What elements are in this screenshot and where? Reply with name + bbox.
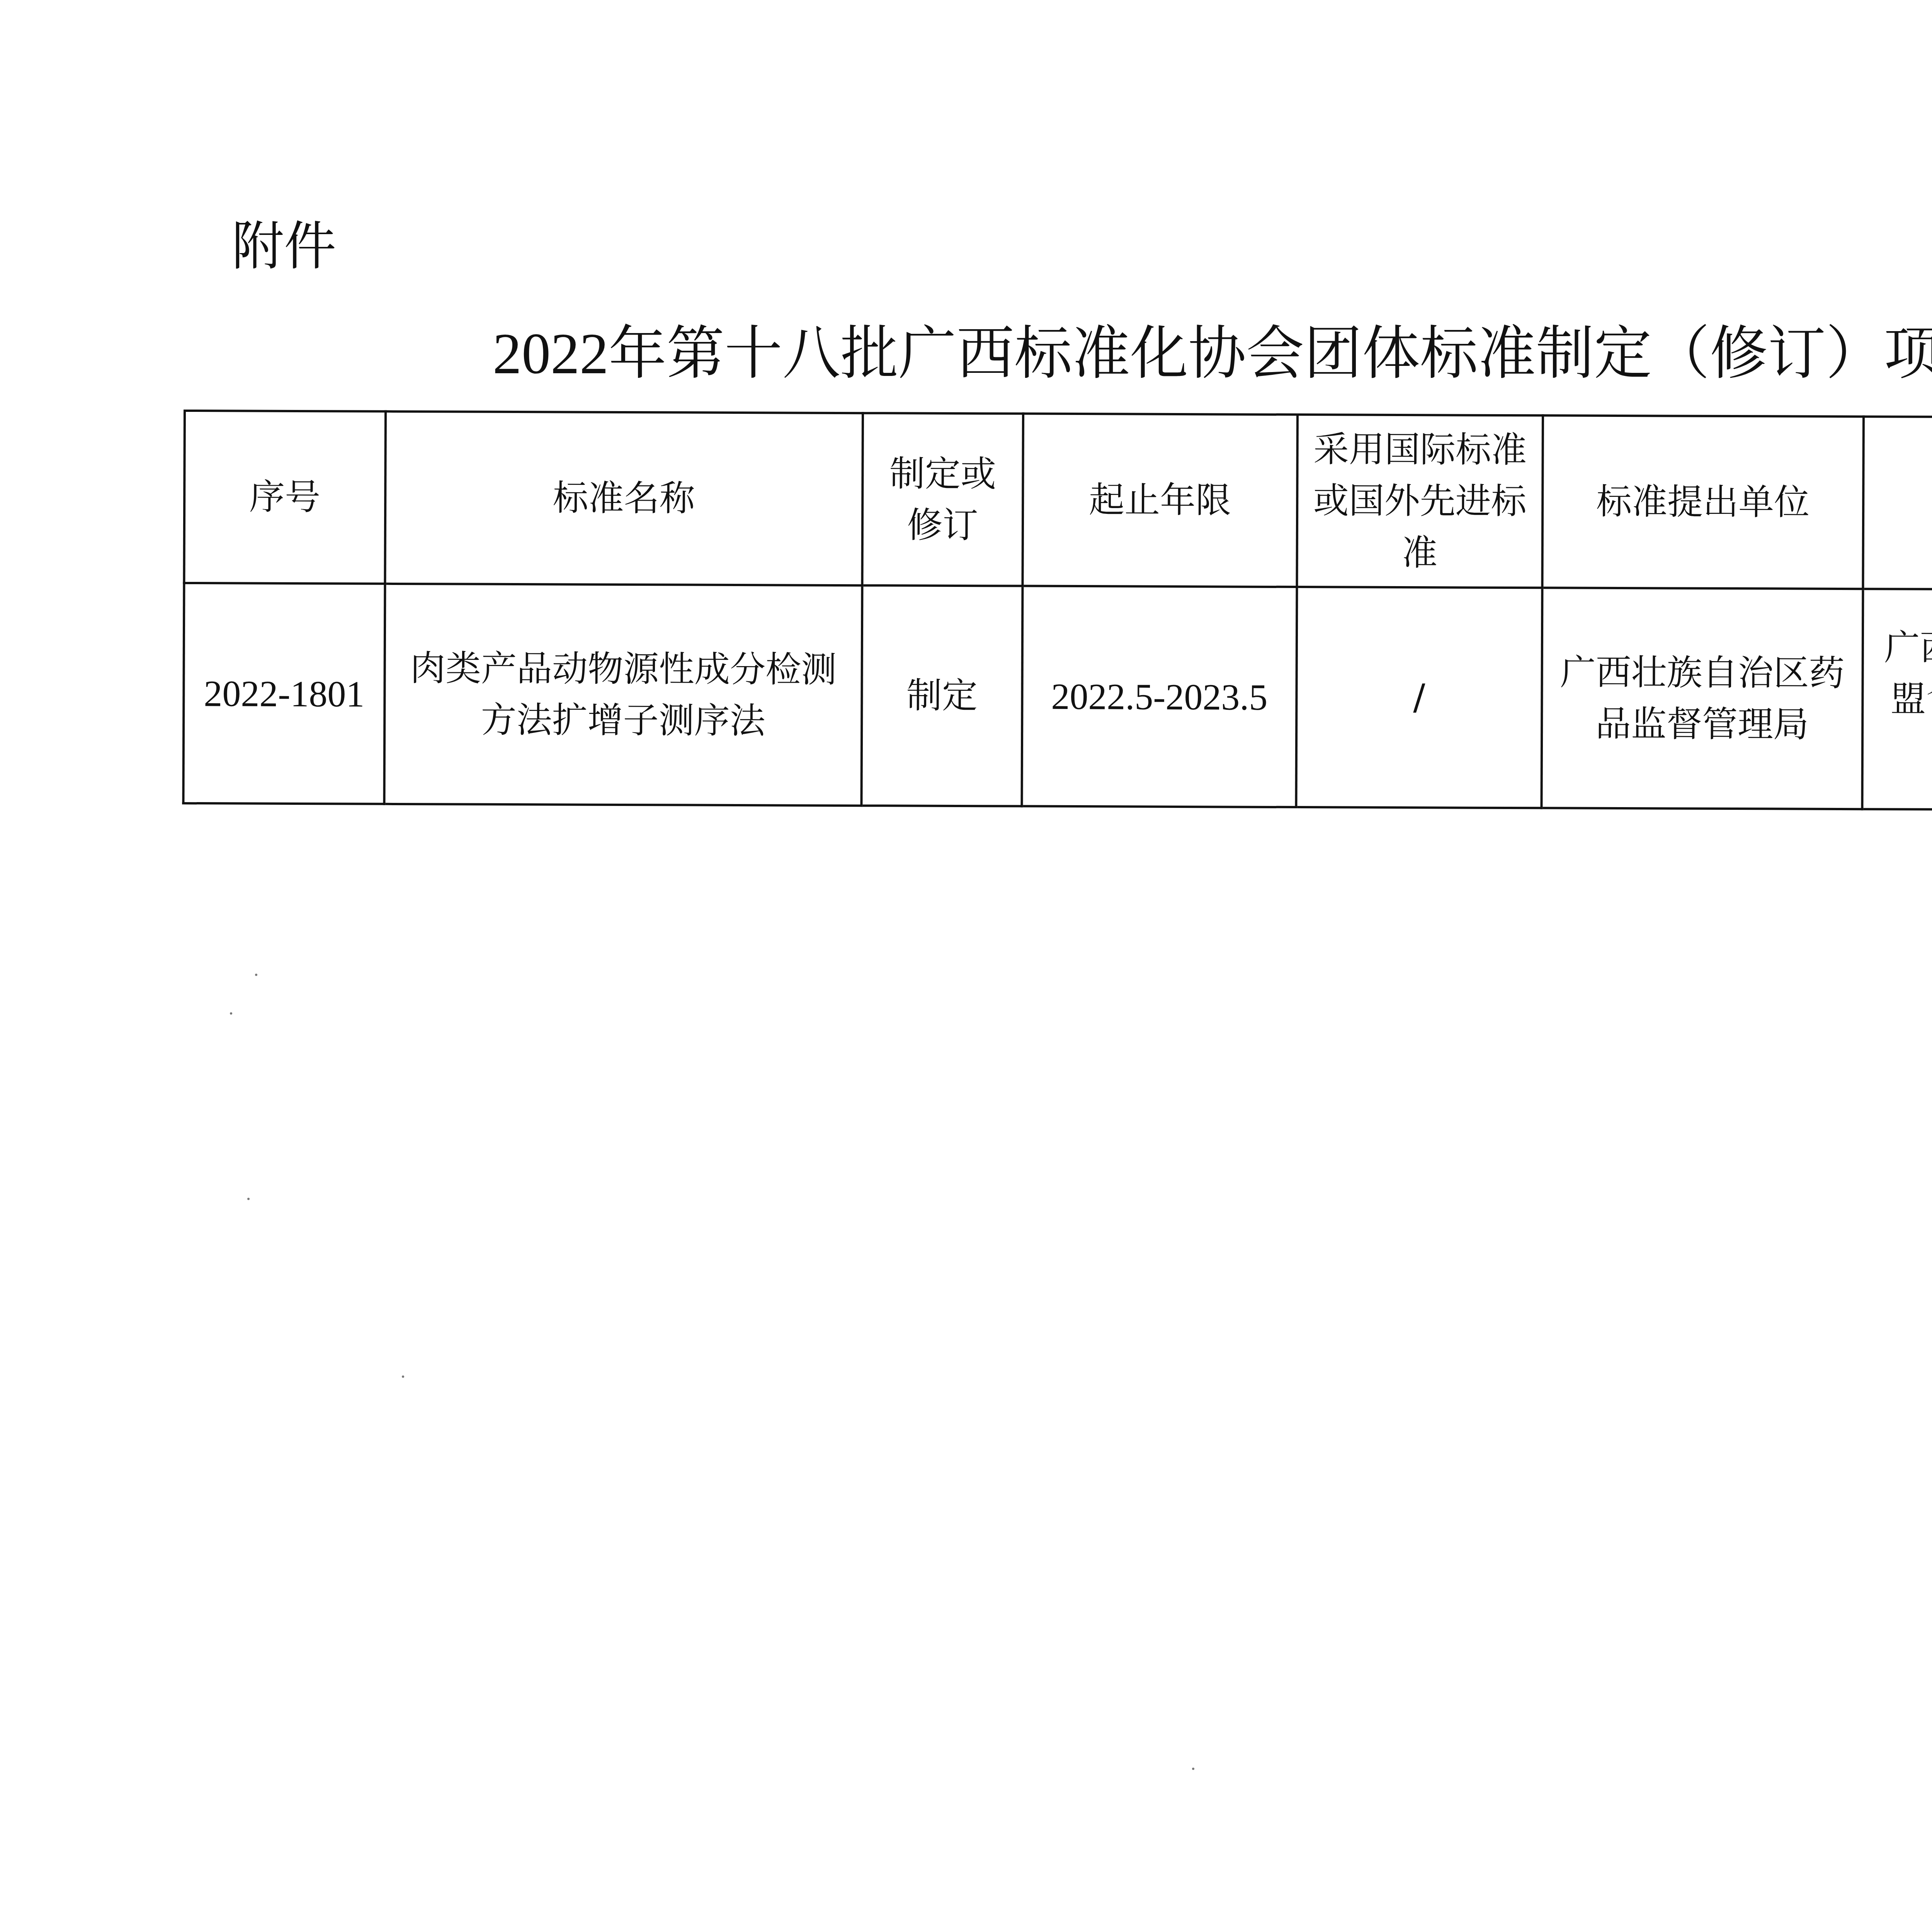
cell-period: 2022.5-2023.5	[1022, 586, 1297, 807]
scan-speck	[402, 1375, 404, 1378]
title-text: 年第十八批广西标准化协会团体标准制定（修订）项目计划汇总表	[609, 320, 1932, 387]
page-title: 2022年第十八批广西标准化协会团体标准制定（修订）项目计划汇总表	[425, 325, 1932, 383]
cell-serial: 2022-1801	[183, 583, 385, 804]
cell-type: 制定	[861, 585, 1022, 806]
attachment-label: 附件	[232, 220, 336, 272]
cell-drafter: 广西壮族自治区食品药品检验所、广西-东盟食品检验检测中心、广西爱生生命科技有限公…	[1862, 589, 1932, 811]
header-adopted-standard: 采用国际标准或国外先进标准	[1297, 415, 1543, 588]
table-header-row: 序号 标准名称 制定或修订 起止年限 采用国际标准或国外先进标准 标准提出单位 …	[184, 411, 1932, 592]
scan-speck	[247, 1198, 250, 1200]
scan-speck	[255, 974, 257, 976]
table-row: 2022-1801 肉类产品动物源性成分检测方法扩增子测序法 制定 2022.5…	[183, 583, 1932, 811]
cell-proposer: 广西壮族自治区药品监督管理局	[1541, 588, 1863, 809]
header-drafter: 标准起草单位	[1863, 417, 1932, 591]
header-serial: 序号	[184, 411, 386, 584]
scan-speck	[230, 1012, 232, 1015]
project-plan-table: 序号 标准名称 制定或修订 起止年限 采用国际标准或国外先进标准 标准提出单位 …	[182, 410, 1932, 813]
header-type: 制定或修订	[862, 413, 1023, 586]
header-standard-name: 标准名称	[385, 411, 863, 585]
cell-adopted-standard: /	[1296, 587, 1542, 808]
title-year: 2022	[493, 322, 609, 386]
cell-standard-name: 肉类产品动物源性成分检测方法扩增子测序法	[384, 584, 862, 806]
header-proposer: 标准提出单位	[1542, 415, 1864, 589]
scan-speck	[1192, 1768, 1194, 1770]
header-period: 起止年限	[1022, 414, 1298, 587]
